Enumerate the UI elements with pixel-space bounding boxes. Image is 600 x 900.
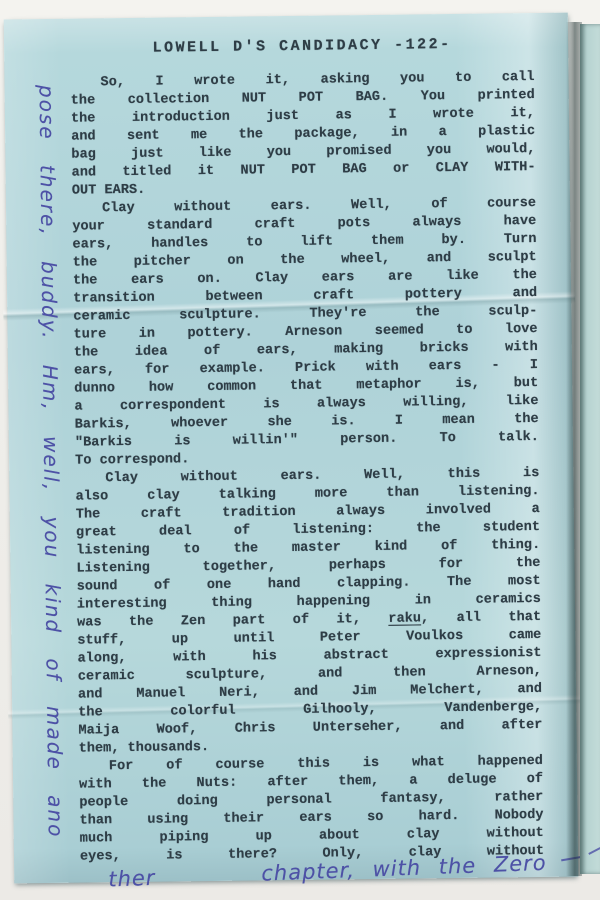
letter-page: LOWELL D'S CANDIDACY -122- So, I wrote i… (4, 13, 579, 884)
page-title: LOWELL D'S CANDIDACY -122- (70, 35, 534, 58)
underlined-word: raku (388, 611, 421, 626)
typed-body: So, I wrote it, asking you to callthe co… (70, 69, 544, 867)
adjacent-page-edge (580, 24, 600, 874)
handwritten-margin-note: pose there, buddy. Hm, well, you kind of… (35, 85, 69, 900)
